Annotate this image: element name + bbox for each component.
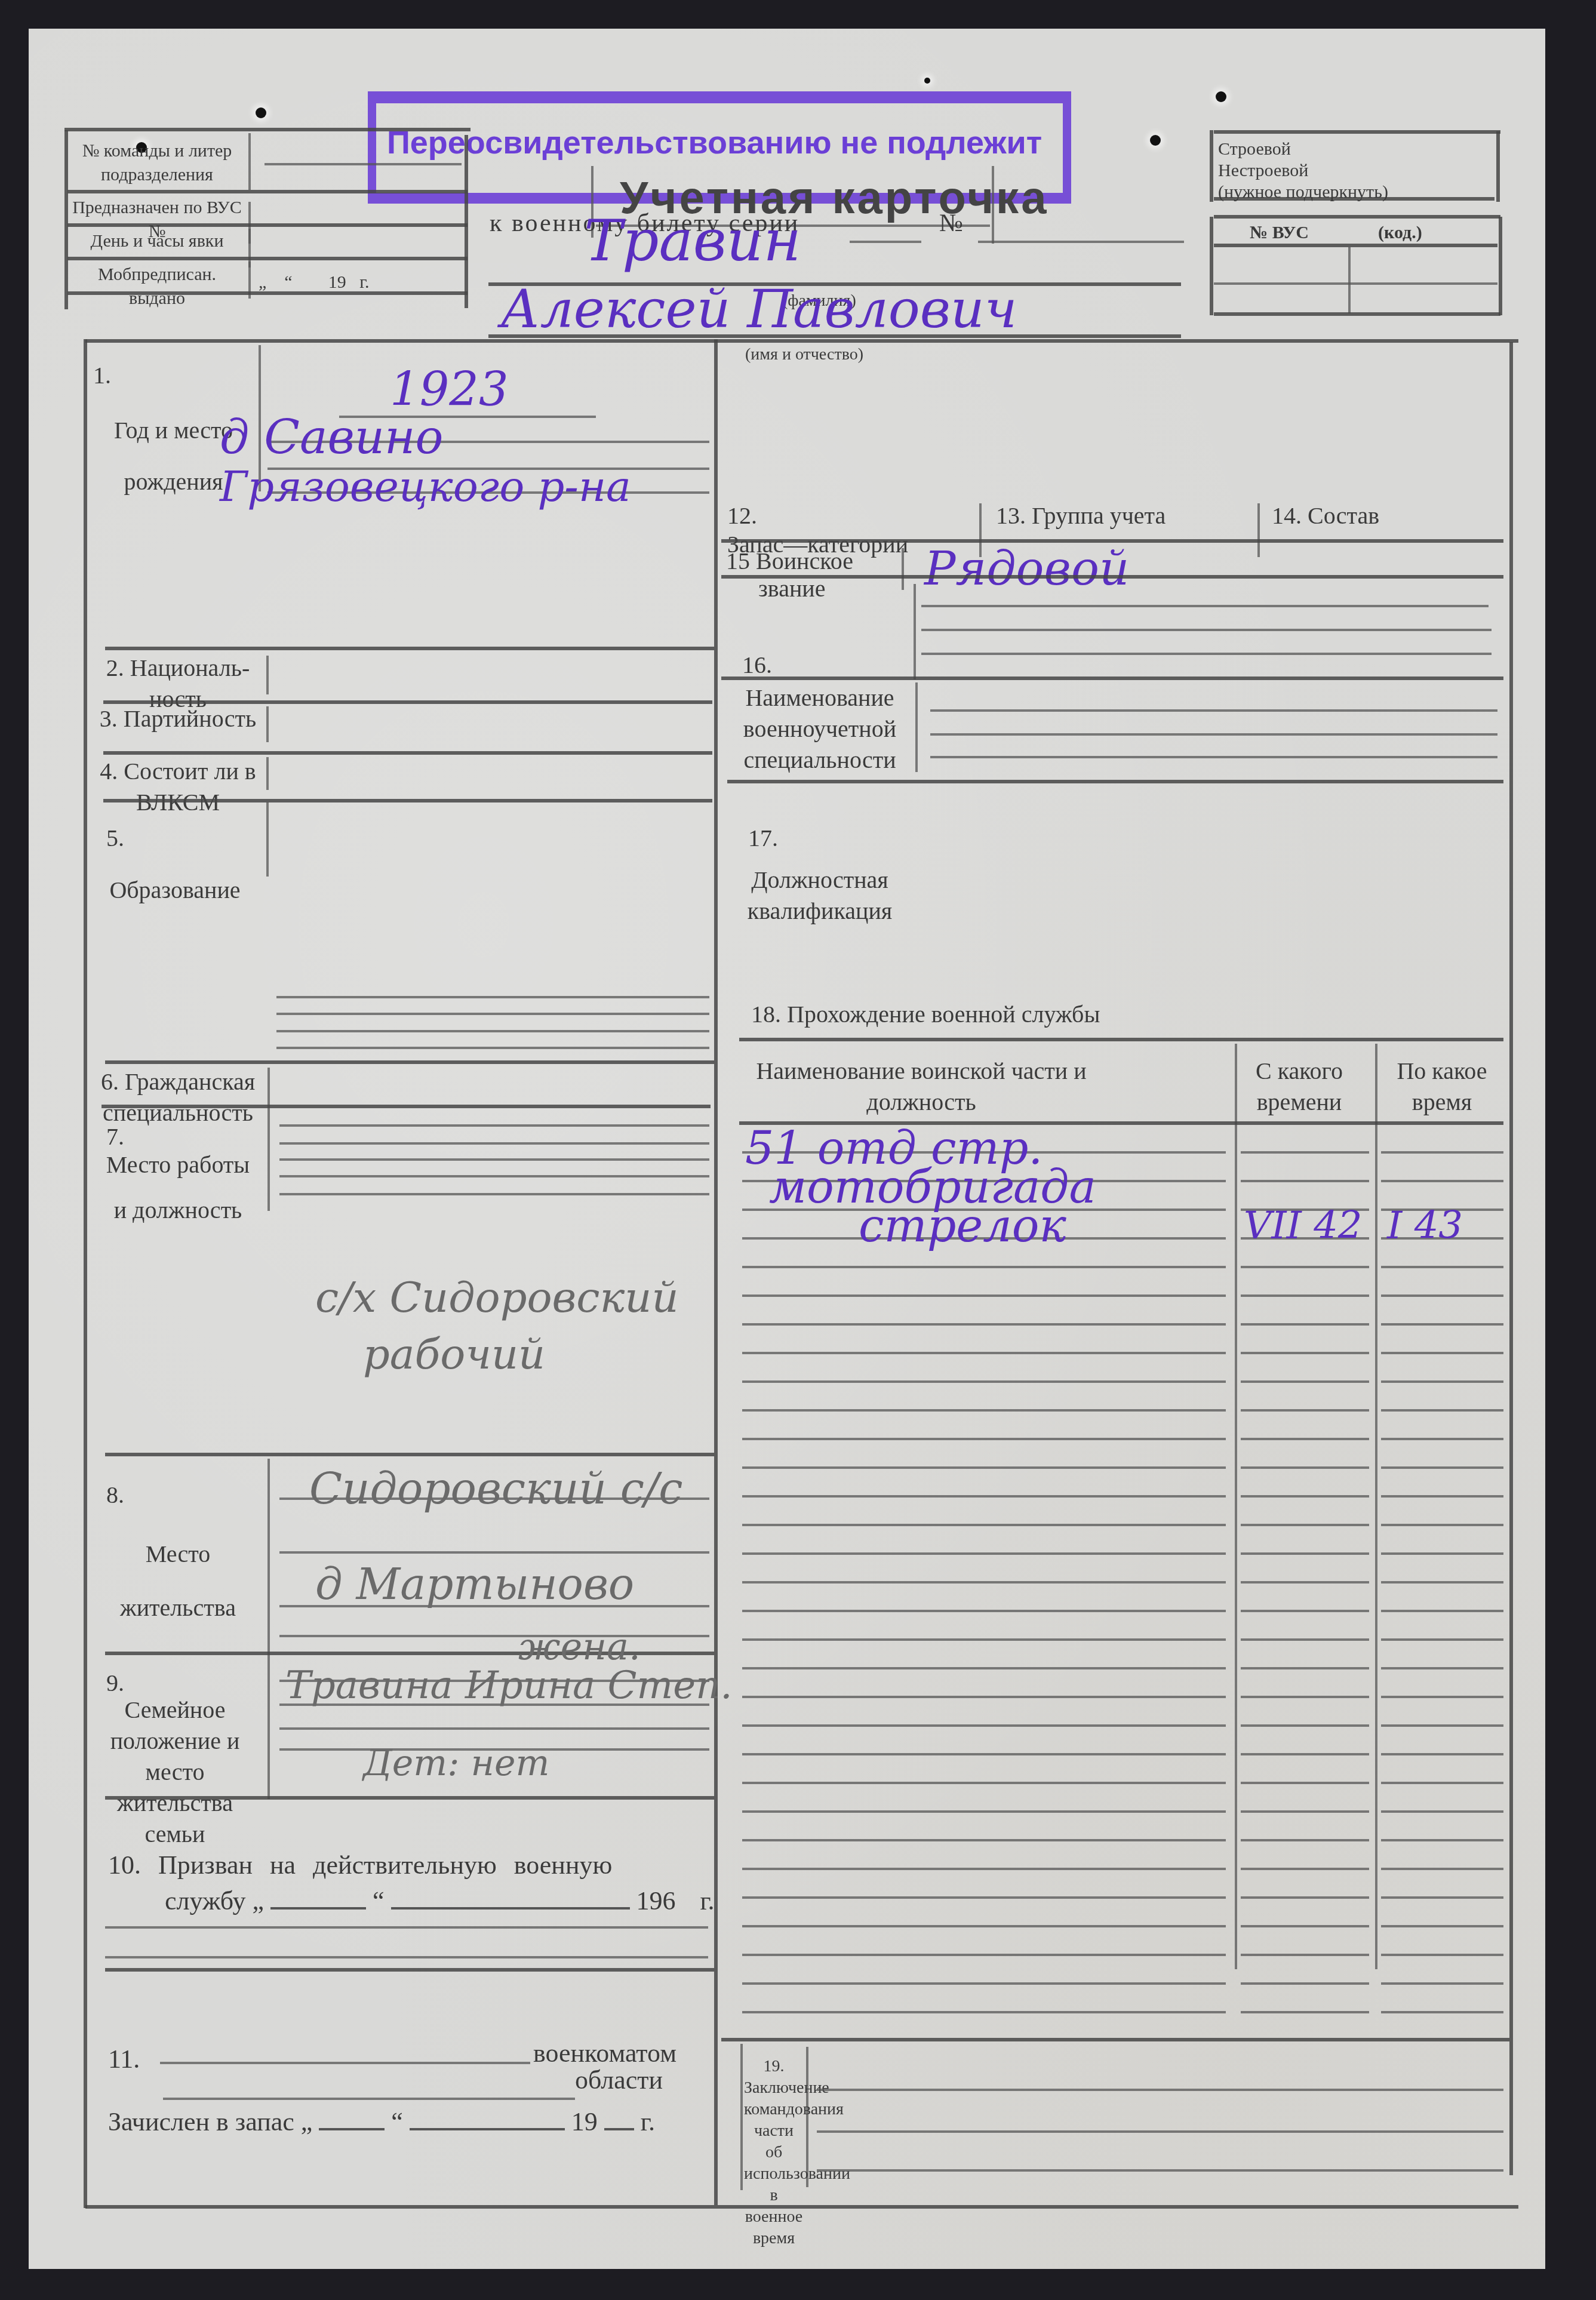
field11-num: 11. [108,2044,140,2075]
field7-label: Место работы и должность [97,1142,259,1233]
code-label: (код.) [1378,221,1422,245]
ruled-line [1241,1839,1369,1841]
field8-num: 8. [106,1480,124,1511]
ruled-line [1381,1954,1503,1956]
ruled-line [1241,1524,1369,1526]
ruled-line [1381,1868,1503,1870]
ruled-line [1241,1667,1369,1669]
vus-label: № ВУС [1250,221,1309,245]
col-unit-header: Наименование воинской части и должность [751,1056,1091,1118]
ruled-line [1241,1581,1369,1583]
ruled-line [742,1438,1226,1440]
ruled-line [742,1380,1226,1383]
field15-label-1: 15 Воинское [726,546,853,577]
ruled-line [1241,1151,1369,1154]
birth-district: Грязовецкого р-на [220,460,631,513]
ruled-line [1241,1896,1369,1899]
label-mob-order: Мобпредписан. выдано [70,263,244,310]
name-caption: (имя и отчество) [745,344,863,365]
ruled-line [742,1696,1226,1698]
ruled-line [742,1782,1226,1784]
ruled-line [1381,1610,1503,1612]
ruled-line [1381,1839,1503,1841]
ruled-line [742,1724,1226,1727]
field12-num: 12. [727,500,757,531]
field3-text: Партийность [124,705,256,732]
ruled-line [742,1466,1226,1469]
ruled-line [742,1925,1226,1927]
registration-card: Переосвидетельствованию не подлежит № ко… [29,29,1545,2269]
field13-label: 13. Группа учета [996,500,1166,531]
ruled-line [742,1982,1226,1985]
ruled-line [742,1581,1226,1583]
ruled-line [1241,1266,1369,1268]
field4-text: Состоит ли в ВЛКСМ [124,758,256,816]
ruled-line [742,1552,1226,1555]
service-unit-line3: стрелок [859,1199,1066,1253]
ruled-line [1241,1380,1369,1383]
ruled-line [1381,2011,1503,2013]
field17-num: 17. [748,823,778,854]
ruled-line [1241,1982,1369,1985]
ruled-line [742,1839,1226,1841]
ruled-line [1381,1753,1503,1755]
ruled-line [1381,1782,1503,1784]
ruled-line [1241,1696,1369,1698]
ruled-line [1381,1266,1503,1268]
ruled-line [1381,1323,1503,1326]
ruled-line [1381,1638,1503,1641]
name-value: Алексей Павлович [500,282,1017,336]
ruled-line [1381,1667,1503,1669]
field1-num: 1. [93,360,111,391]
ruled-line [1381,1409,1503,1412]
ruled-line [1241,1438,1369,1440]
field14-label: 14. Состав [1272,500,1379,531]
field6-label: 6. Граждан­ская спе­циальность [91,1066,265,1129]
spouse-name: Травина Ирина Степ. [285,1659,733,1712]
ruled-line [1241,1466,1369,1469]
ruled-line [742,2011,1226,2013]
ruled-line [1241,1352,1369,1354]
ruled-line [1241,1868,1369,1870]
field2-num: 2. [106,654,124,681]
position-value: рабочий [363,1327,545,1381]
birth-village: д Савино [220,411,443,465]
rank-value: Рядовой [924,542,1129,596]
ruled-line [1381,1724,1503,1727]
ruled-line [1241,1782,1369,1784]
field17-label: Должност­ная квали­фикация [739,865,900,927]
ruled-line [1241,1495,1369,1498]
ruled-line [1241,1638,1369,1641]
residence-village: д Мартыново [315,1557,634,1611]
ruled-line [742,1667,1226,1669]
children-value: Дет: нет [363,1736,549,1790]
label-command-number: № команды и литер подразделения [70,139,244,187]
ruled-line [742,1810,1226,1813]
field9-label: Семейное положение и место жительства се… [94,1695,256,1850]
ruled-line [1241,1409,1369,1412]
ruled-line [1241,1753,1369,1755]
ruled-line [1381,1380,1503,1383]
ruled-line [1381,1294,1503,1297]
service-type-line1: Строевой [1218,137,1291,161]
ruled-line [742,1610,1226,1612]
ruled-line [1381,1438,1503,1440]
ruled-line [1381,1495,1503,1498]
field6-text: Граждан­ская спе­циальность [103,1068,255,1126]
ruled-line [1381,1925,1503,1927]
ruled-line [1381,1982,1503,1985]
ruled-line [1241,1954,1369,1956]
field11-reserve: Зачислен в запас „ “ 19 г. [108,2107,655,2138]
field4-label: 4. Состоит ли в ВЛКСМ [88,756,267,818]
ruled-line [742,1954,1226,1956]
field11-oblast: области [575,2065,663,2096]
ruled-line [742,1896,1226,1899]
service-type-line2: Нестроевой [1218,159,1308,183]
mob-order-date: „ “ 19 г. [259,270,370,294]
punch-hole [256,107,266,118]
ruled-line [742,1753,1226,1755]
ruled-line [1241,2011,1369,2013]
birth-year: 1923 [390,363,509,417]
field10-text: 10. Призван на действительную военную [108,1850,612,1881]
punch-hole [1150,135,1161,146]
service-from-value: VII 42 [1244,1199,1363,1253]
ruled-line [1381,1352,1503,1354]
ruled-line [1241,1180,1369,1182]
ruled-line [1381,1581,1503,1583]
ruled-line [1241,1294,1369,1297]
field10-service: службу „ “ 196 г. [165,1886,715,1917]
number-sign: № [939,208,963,239]
service-type-note: (нужное подчеркнуть) [1218,180,1388,204]
ruled-line [742,1524,1226,1526]
ruled-line [1241,1323,1369,1326]
ruled-line [742,1266,1226,1268]
field19-label: 19. Заключение командования части об исп… [744,2056,804,2249]
ruled-line [1241,1925,1369,1927]
ruled-line [1381,1696,1503,1698]
ruled-line [742,1638,1226,1641]
ruled-line [1381,1896,1503,1899]
ruled-line [1241,1610,1369,1612]
ruled-line [742,1495,1226,1498]
ruled-line [742,1409,1226,1412]
field3-num: 3. [100,705,118,732]
ruled-line [1241,1724,1369,1727]
ruled-line [742,1323,1226,1326]
ruled-line [1381,1524,1503,1526]
ruled-line [1381,1810,1503,1813]
col-to-header: По какое время [1379,1056,1505,1118]
ruled-line [742,1868,1226,1870]
ruled-line [1241,1552,1369,1555]
col-from-header: С какого времени [1240,1056,1359,1118]
field16-label: Наименова­ние военно­учетной спе­циально… [730,682,909,776]
stamp-text: Переосвидетельствованию не подлежит [387,124,1042,161]
ruled-line [1381,1151,1503,1154]
punch-hole [924,78,930,84]
field5-label: Образо­вание [106,865,244,916]
punch-hole [1216,91,1226,102]
field8-label: Место жительства [94,1527,262,1635]
ruled-line [1381,1180,1503,1182]
field18-title: 18. Прохождение военной службы [751,999,1100,1030]
ruled-line [742,1352,1226,1354]
field4-num: 4. [100,758,118,785]
ruled-line [1381,1466,1503,1469]
field6-num: 6. [101,1068,119,1095]
field3-label: 3. Партийность [91,703,265,734]
label-report-time: День и часы явки [70,229,244,253]
workplace-value: с/х Сидоровский [315,1271,679,1324]
ruled-line [1381,1552,1503,1555]
ruled-line [742,1294,1226,1297]
residence-council: Сидоровский с/с [309,1462,683,1515]
field5-num: 5. [106,823,124,854]
surname-value: Травин [584,214,801,267]
service-to-value: I 43 [1387,1199,1463,1253]
ruled-line [1241,1810,1369,1813]
